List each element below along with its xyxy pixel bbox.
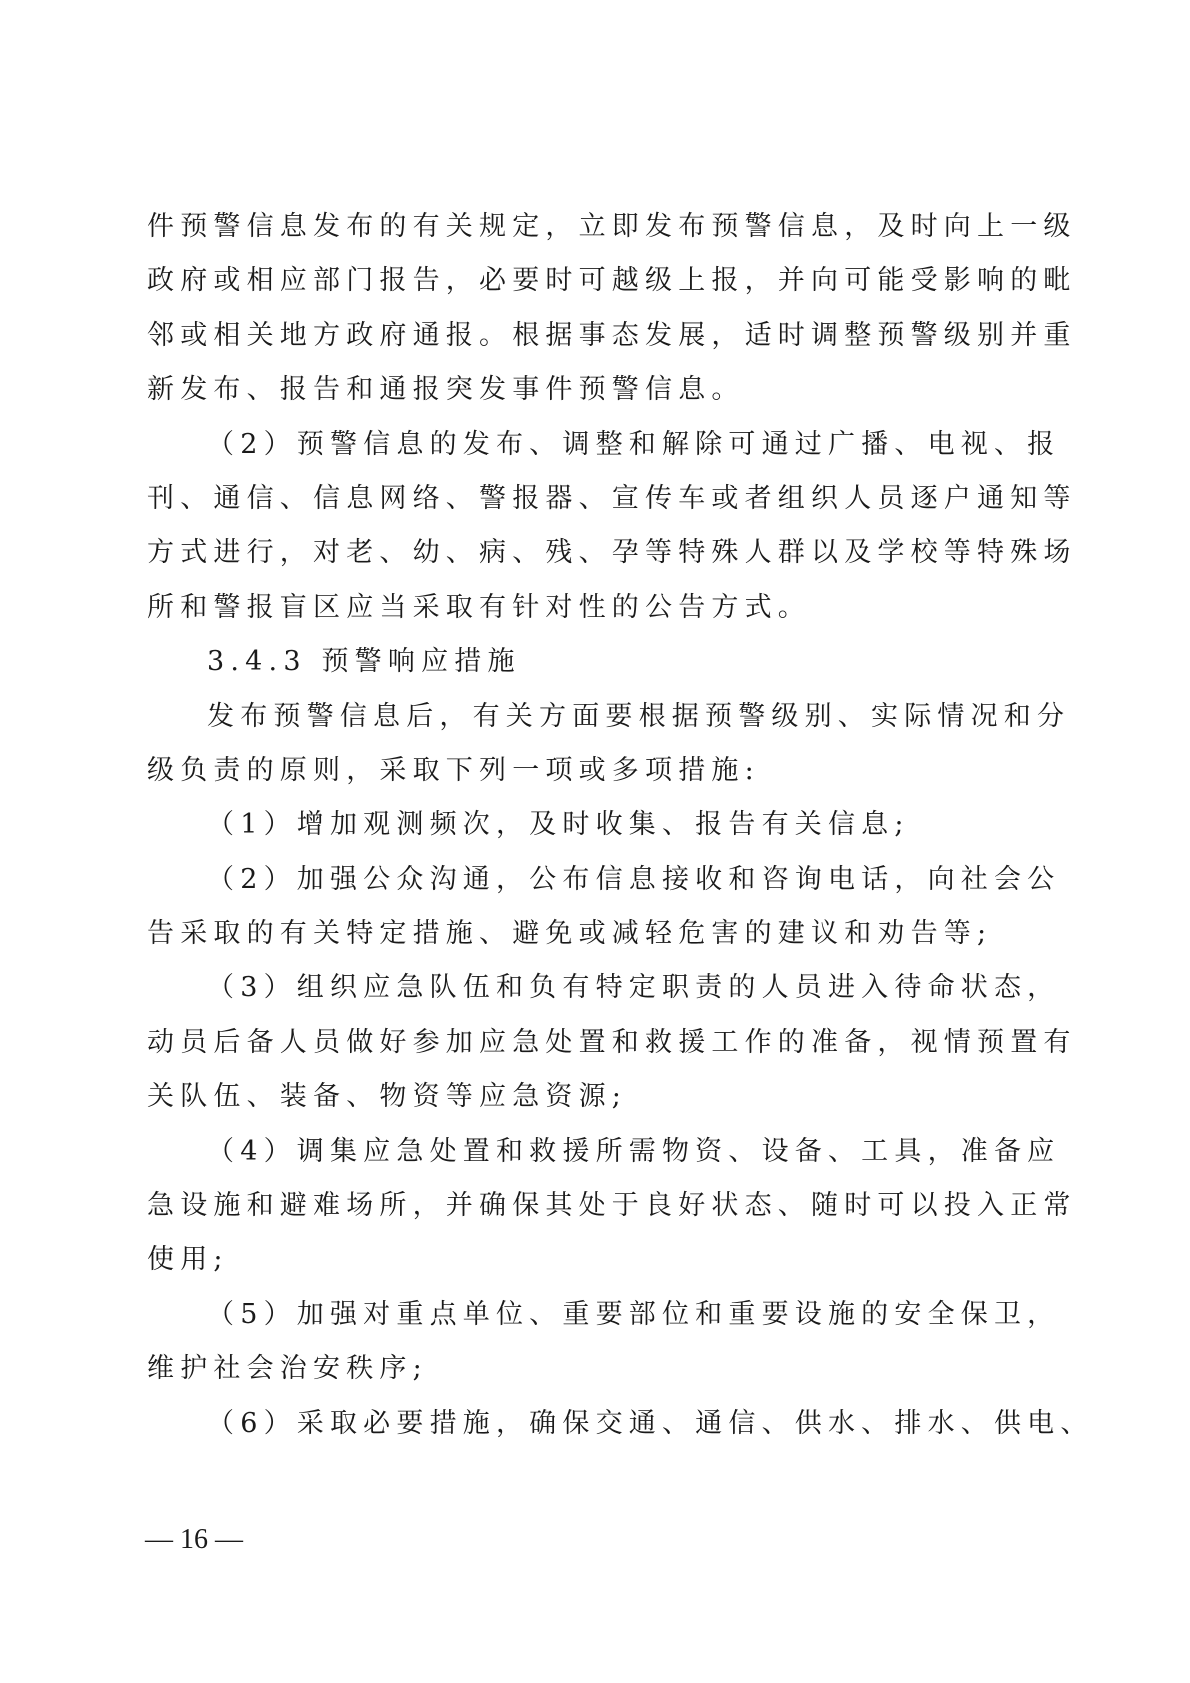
- list-item-line: 使用;: [147, 1233, 977, 1287]
- list-item-line: 动员后备人员做好参加应急处置和救援工作的准备，视情预置有: [147, 1016, 977, 1070]
- text-line: 发布预警信息后，有关方面要根据预警级别、实际情况和分: [147, 690, 977, 744]
- list-item-line: （2）加强公众沟通，公布信息接收和咨询电话，向社会公: [147, 853, 977, 907]
- document-body: 件预警信息发布的有关规定，立即发布预警信息，及时向上一级 政府或相应部门报告，必…: [147, 200, 977, 1451]
- list-item-line: 维护社会治安秩序;: [147, 1342, 977, 1396]
- text-line: （2）预警信息的发布、调整和解除可通过广播、电视、报: [147, 418, 977, 472]
- text-line: 方式进行，对老、幼、病、残、孕等特殊人群以及学校等特殊场: [147, 526, 977, 580]
- list-item-line: （4）调集应急处置和救援所需物资、设备、工具，准备应: [147, 1125, 977, 1179]
- text-line: 件预警信息发布的有关规定，立即发布预警信息，及时向上一级: [147, 200, 977, 254]
- list-item-line: （6）采取必要措施，确保交通、通信、供水、排水、供电、: [147, 1397, 977, 1451]
- document-page: 件预警信息发布的有关规定，立即发布预警信息，及时向上一级 政府或相应部门报告，必…: [0, 0, 1190, 1683]
- list-item-line: 急设施和避难场所，并确保其处于良好状态、随时可以投入正常: [147, 1179, 977, 1233]
- list-item-line: 告采取的有关特定措施、避免或减轻危害的建议和劝告等;: [147, 907, 977, 961]
- list-item-line: （1）增加观测频次，及时收集、报告有关信息;: [147, 798, 977, 852]
- text-line: 政府或相应部门报告，必要时可越级上报，并向可能受影响的毗: [147, 254, 977, 308]
- list-item-line: （5）加强对重点单位、重要部位和重要设施的安全保卫，: [147, 1288, 977, 1342]
- list-item-line: （3）组织应急队伍和负有特定职责的人员进入待命状态，: [147, 961, 977, 1015]
- text-line: 新发布、报告和通报突发事件预警信息。: [147, 363, 977, 417]
- list-item-line: 关队伍、装备、物资等应急资源;: [147, 1070, 977, 1124]
- text-line: 所和警报盲区应当采取有针对性的公告方式。: [147, 581, 977, 635]
- text-line: 邻或相关地方政府通报。根据事态发展，适时调整预警级别并重: [147, 309, 977, 363]
- text-line: 级负责的原则，采取下列一项或多项措施:: [147, 744, 977, 798]
- text-line: 刊、通信、信息网络、警报器、宣传车或者组织人员逐户通知等: [147, 472, 977, 526]
- section-heading: 3.4.3 预警响应措施: [147, 635, 977, 689]
- page-number: — 16 —: [145, 1524, 243, 1556]
